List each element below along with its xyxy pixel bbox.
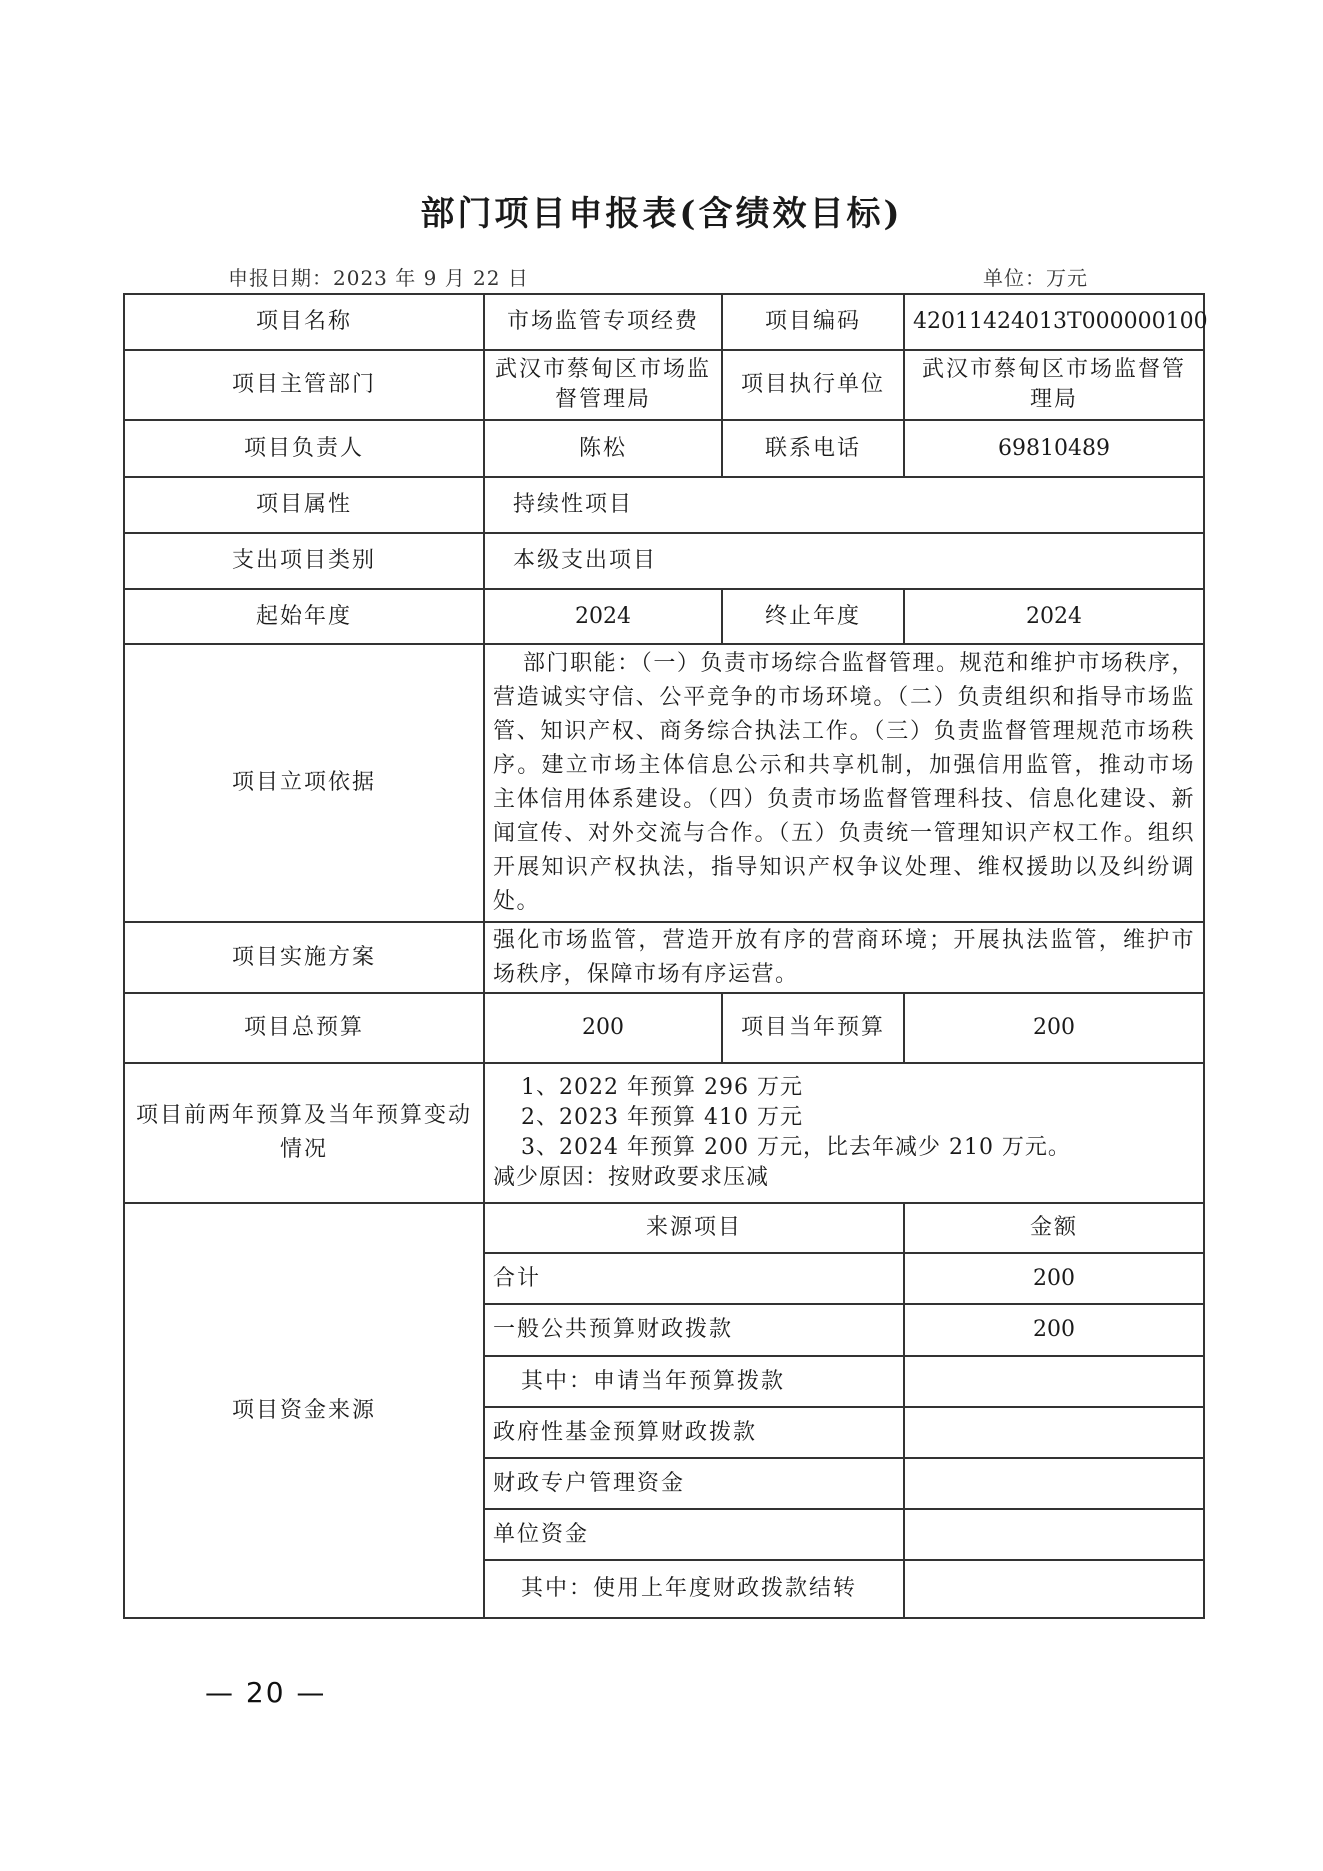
row-implementation: 项目实施方案 强化市场监管，营造开放有序的营商环境；开展执法监管，维护市场秩序，… xyxy=(124,922,1204,993)
document-title: 部门项目申报表(含绩效目标) xyxy=(0,186,1323,235)
row-leader: 项目负责人 陈松 联系电话 69810489 xyxy=(124,420,1204,477)
project-name-value: 市场监管专项经费 xyxy=(484,294,722,350)
end-year-label: 终止年度 xyxy=(722,589,904,644)
expense-category-label: 支出项目类别 xyxy=(124,533,484,589)
funding-sources-label: 项目资金来源 xyxy=(124,1203,484,1618)
total-budget-label: 项目总预算 xyxy=(124,993,484,1063)
project-name-label: 项目名称 xyxy=(124,294,484,350)
funding-amount: 200 xyxy=(904,1253,1204,1304)
funding-source: 政府性基金预算财政拨款 xyxy=(484,1407,904,1458)
start-year-label: 起始年度 xyxy=(124,589,484,644)
executing-unit-value: 武汉市蔡甸区市场监督管理局 xyxy=(904,350,1204,420)
page-number: — 20 — xyxy=(205,1676,326,1709)
budget-changes-label: 项目前两年预算及当年预算变动情况 xyxy=(124,1063,484,1203)
contact-phone-value: 69810489 xyxy=(904,420,1204,477)
row-years: 起始年度 2024 终止年度 2024 xyxy=(124,589,1204,644)
funding-source: 单位资金 xyxy=(484,1509,904,1560)
project-application-form: 项目名称 市场监管专项经费 项目编码 42011424013T000000100… xyxy=(123,293,1205,1619)
funding-header-row: 项目资金来源 来源项目 金额 xyxy=(124,1203,1204,1253)
funding-source: 其中：申请当年预算拨款 xyxy=(484,1356,904,1407)
row-attribute: 项目属性 持续性项目 xyxy=(124,477,1204,533)
funding-source: 一般公共预算财政拨款 xyxy=(484,1304,904,1356)
row-departments: 项目主管部门 武汉市蔡甸区市场监督管理局 项目执行单位 武汉市蔡甸区市场监督管理… xyxy=(124,350,1204,420)
current-year-budget-label: 项目当年预算 xyxy=(722,993,904,1063)
basis-value: 部门职能：（一）负责市场综合监督管理。规范和维护市场秩序，营造诚实守信、公平竞争… xyxy=(484,644,1204,922)
funding-amount xyxy=(904,1356,1204,1407)
contact-phone-label: 联系电话 xyxy=(722,420,904,477)
budget-change-line: 3、2024 年预算 200 万元，比去年减少 210 万元。 xyxy=(493,1133,1195,1163)
budget-change-line: 1、2022 年预算 296 万元 xyxy=(493,1073,1195,1103)
implementation-plan-value: 强化市场监管，营造开放有序的营商环境；开展执法监管，维护市场秩序，保障市场有序运… xyxy=(484,922,1204,993)
expense-category-value: 本级支出项目 xyxy=(484,533,1204,589)
budget-change-reason: 减少原因：按财政要求压减 xyxy=(493,1163,1195,1193)
basis-label: 项目立项依据 xyxy=(124,644,484,922)
project-attribute-label: 项目属性 xyxy=(124,477,484,533)
funding-amount xyxy=(904,1407,1204,1458)
total-budget-value: 200 xyxy=(484,993,722,1063)
end-year-value: 2024 xyxy=(904,589,1204,644)
project-leader-value: 陈松 xyxy=(484,420,722,477)
funding-amount-header: 金额 xyxy=(904,1203,1204,1253)
project-attribute-value: 持续性项目 xyxy=(484,477,1204,533)
start-year-value: 2024 xyxy=(484,589,722,644)
budget-changes-value: 1、2022 年预算 296 万元 2、2023 年预算 410 万元 3、20… xyxy=(484,1063,1204,1203)
funding-source: 合计 xyxy=(484,1253,904,1304)
row-budget: 项目总预算 200 项目当年预算 200 xyxy=(124,993,1204,1063)
funding-amount: 200 xyxy=(904,1304,1204,1356)
current-year-budget-value: 200 xyxy=(904,993,1204,1063)
row-project-name: 项目名称 市场监管专项经费 项目编码 42011424013T000000100 xyxy=(124,294,1204,350)
project-code-label: 项目编码 xyxy=(722,294,904,350)
currency-unit: 单位：万元 xyxy=(983,262,1088,291)
supervising-dept-value: 武汉市蔡甸区市场监督管理局 xyxy=(484,350,722,420)
row-basis: 项目立项依据 部门职能：（一）负责市场综合监督管理。规范和维护市场秩序，营造诚实… xyxy=(124,644,1204,922)
project-code-value: 42011424013T000000100 xyxy=(904,294,1204,350)
funding-source: 其中：使用上年度财政拨款结转 xyxy=(484,1560,904,1618)
funding-source: 财政专户管理资金 xyxy=(484,1458,904,1509)
funding-amount xyxy=(904,1560,1204,1618)
executing-unit-label: 项目执行单位 xyxy=(722,350,904,420)
supervising-dept-label: 项目主管部门 xyxy=(124,350,484,420)
row-category: 支出项目类别 本级支出项目 xyxy=(124,533,1204,589)
budget-change-line: 2、2023 年预算 410 万元 xyxy=(493,1103,1195,1133)
report-date: 申报日期：2023 年 9 月 22 日 xyxy=(228,262,529,291)
project-leader-label: 项目负责人 xyxy=(124,420,484,477)
funding-amount xyxy=(904,1458,1204,1509)
row-budget-changes: 项目前两年预算及当年预算变动情况 1、2022 年预算 296 万元 2、202… xyxy=(124,1063,1204,1203)
implementation-plan-label: 项目实施方案 xyxy=(124,922,484,993)
funding-amount xyxy=(904,1509,1204,1560)
funding-source-header: 来源项目 xyxy=(484,1203,904,1253)
